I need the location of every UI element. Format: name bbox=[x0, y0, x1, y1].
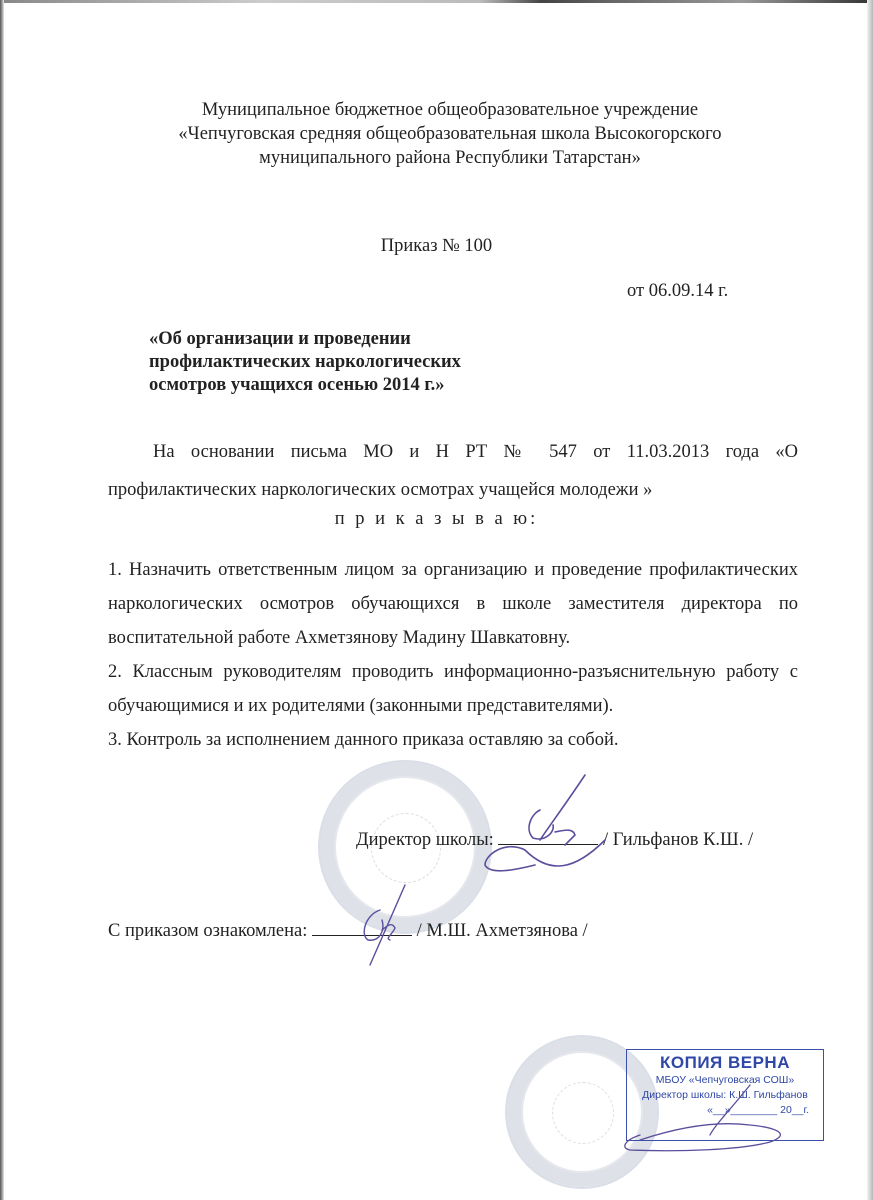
order-number: Приказ № 100 bbox=[0, 236, 873, 257]
order-date: от 06.09.14 г. bbox=[627, 281, 728, 302]
director-label: Директор школы: bbox=[356, 830, 494, 850]
acknowledgement-label: С приказом ознакомлена: bbox=[108, 921, 307, 941]
acknowledgement-line: С приказом ознакомлена: / М.Ш. Ахметзяно… bbox=[108, 917, 588, 942]
title-line-1: «Об организации и проведении bbox=[149, 328, 461, 351]
director-signature-line: Директор школы: / Гильфанов К.Ш. / bbox=[356, 826, 753, 851]
stamp-date: «__»________ 20__г. bbox=[627, 1103, 823, 1118]
director-signature-blank bbox=[498, 826, 598, 845]
order-item-2: 2. Классным руководителям проводить инфо… bbox=[108, 655, 798, 723]
order-title: «Об организации и проведении профилактич… bbox=[149, 328, 461, 397]
certified-copy-stamp: КОПИЯ ВЕРНА МБОУ «Чепчуговская СОШ» Дире… bbox=[626, 1049, 824, 1141]
document-header: Муниципальное бюджетное общеобразователь… bbox=[120, 98, 780, 170]
header-line-3: муниципального района Республики Татарст… bbox=[120, 146, 780, 170]
order-basis: На основании письма МО и Н РТ № 547 от 1… bbox=[108, 433, 798, 509]
acknowledgement-name: / М.Ш. Ахметзянова / bbox=[417, 921, 588, 941]
header-line-2: «Чепчуговская средняя общеобразовательна… bbox=[120, 122, 780, 146]
scan-edge-right bbox=[867, 0, 873, 1200]
stamp-director: Директор школы: К.Ш. Гильфанов bbox=[627, 1088, 823, 1103]
order-word: п р и к а з ы в а ю: bbox=[0, 509, 873, 530]
order-item-3: 3. Контроль за исполнением данного прика… bbox=[108, 723, 798, 757]
header-line-1: Муниципальное бюджетное общеобразователь… bbox=[120, 98, 780, 122]
scan-edge-top bbox=[0, 0, 873, 3]
stamp-title: КОПИЯ ВЕРНА bbox=[627, 1053, 823, 1073]
order-item-1: 1. Назначить ответственным лицом за орга… bbox=[108, 553, 798, 655]
order-items: 1. Назначить ответственным лицом за орга… bbox=[108, 553, 798, 757]
scan-edge-left bbox=[0, 0, 4, 1200]
title-line-2: профилактических наркологических bbox=[149, 351, 461, 374]
title-line-3: осмотров учащихся осенью 2014 г.» bbox=[149, 374, 461, 397]
acknowledgement-signature-blank bbox=[312, 917, 412, 936]
stamp-org: МБОУ «Чепчуговская СОШ» bbox=[627, 1073, 823, 1088]
director-name: / Гильфанов К.Ш. / bbox=[603, 830, 753, 850]
